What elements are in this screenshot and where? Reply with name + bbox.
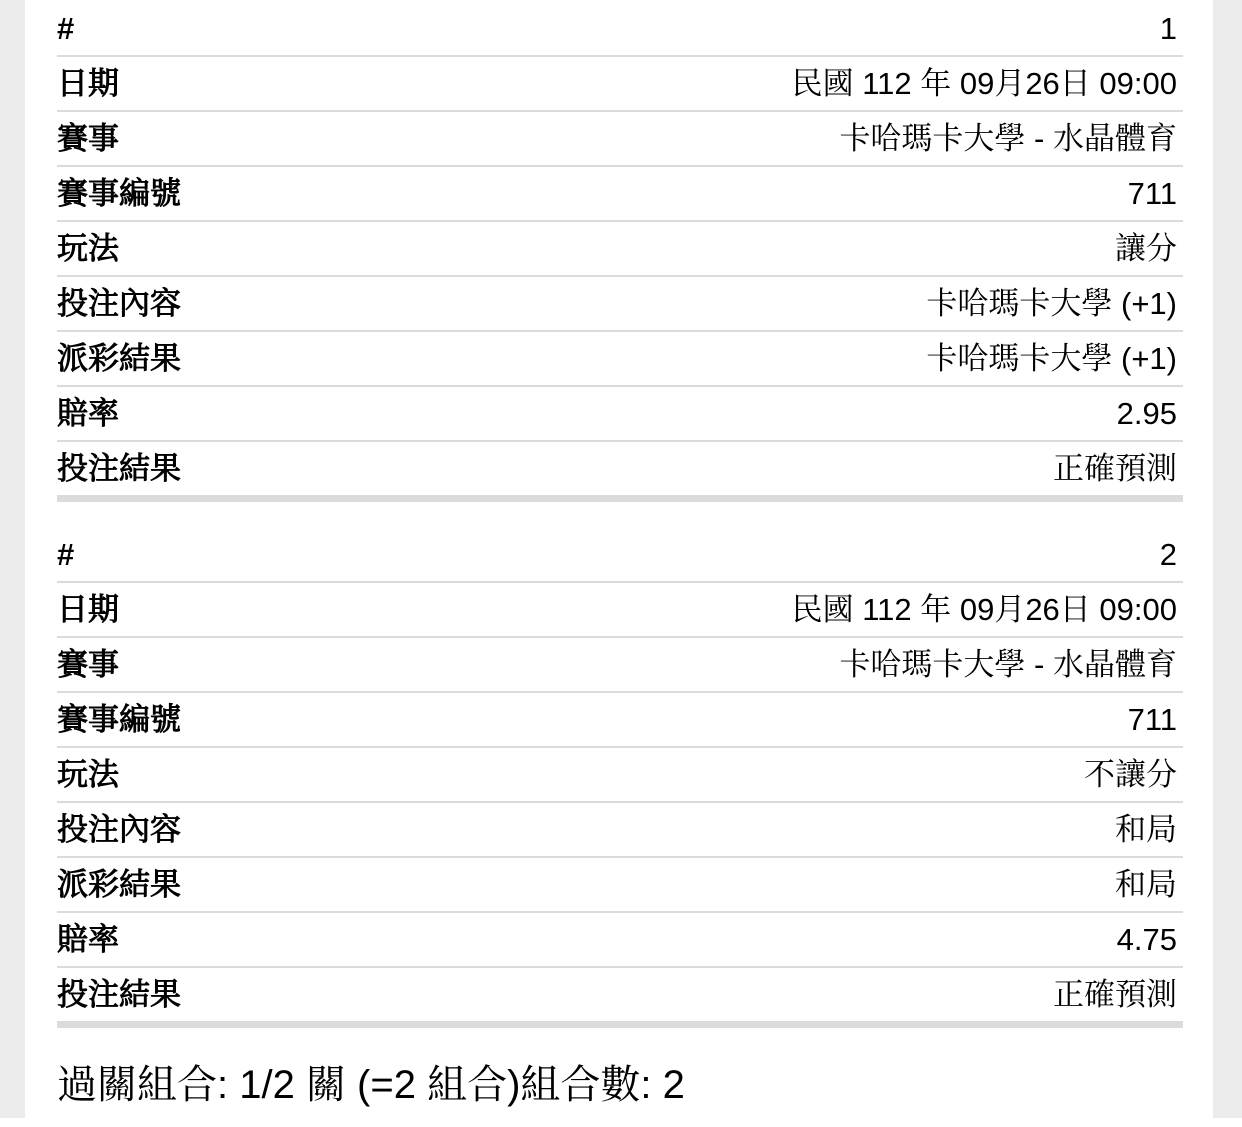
bet-records: # 1 日期 民國 112 年 09月26日 09:00 賽事 卡哈瑪卡大學 -… [57, 2, 1183, 1108]
bet-2-row-bet-content: 投注內容 和局 [57, 803, 1183, 858]
bet-result-label: 投注結果 [57, 453, 181, 484]
payout-result-value: 卡哈瑪卡大學 (+1) [926, 343, 1183, 374]
event-no-label: 賽事編號 [57, 704, 181, 735]
bet-2-row-event-no: 賽事編號 711 [57, 693, 1183, 748]
event-no-value: 711 [1128, 704, 1183, 735]
odds-label: 賠率 [57, 924, 119, 955]
bet-content-label: 投注內容 [57, 288, 181, 319]
table-gap [57, 502, 1183, 528]
bet-2-row-date: 日期 民國 112 年 09月26日 09:00 [57, 583, 1183, 638]
index-label: # [57, 13, 74, 44]
bet-1-row-bet-content: 投注內容 卡哈瑪卡大學 (+1) [57, 277, 1183, 332]
play-type-label: 玩法 [57, 233, 119, 264]
odds-label: 賠率 [57, 398, 119, 429]
bet-result-value: 正確預測 [1053, 453, 1183, 484]
date-value: 民國 112 年 09月26日 09:00 [792, 68, 1183, 99]
payout-result-value: 和局 [1115, 869, 1183, 900]
bet-1-row-odds: 賠率 2.95 [57, 387, 1183, 442]
bet-2-table: # 2 日期 民國 112 年 09月26日 09:00 賽事 卡哈瑪卡大學 -… [57, 528, 1183, 1028]
date-label: 日期 [57, 68, 119, 99]
play-type-value: 讓分 [1115, 233, 1183, 264]
bet-1-row-index: # 1 [57, 2, 1183, 57]
event-value: 卡哈瑪卡大學 - 水晶體育 [839, 649, 1183, 680]
event-no-value: 711 [1128, 178, 1183, 209]
bet-1-row-event: 賽事 卡哈瑪卡大學 - 水晶體育 [57, 112, 1183, 167]
bet-content-value: 卡哈瑪卡大學 (+1) [926, 288, 1183, 319]
index-label: # [57, 539, 74, 570]
event-label: 賽事 [57, 649, 119, 680]
odds-value: 4.75 [1117, 924, 1183, 955]
bet-2-row-index: # 2 [57, 528, 1183, 583]
bet-2-row-odds: 賠率 4.75 [57, 913, 1183, 968]
index-value: 2 [1160, 539, 1183, 570]
date-label: 日期 [57, 594, 119, 625]
event-no-label: 賽事編號 [57, 178, 181, 209]
event-value: 卡哈瑪卡大學 - 水晶體育 [839, 123, 1183, 154]
play-type-label: 玩法 [57, 759, 119, 790]
parlay-summary: 過關組合: 1/2 關 (=2 組合)組合數: 2 [57, 1062, 1183, 1108]
bet-1-row-play-type: 玩法 讓分 [57, 222, 1183, 277]
bet-2-row-play-type: 玩法 不讓分 [57, 748, 1183, 803]
event-label: 賽事 [57, 123, 119, 154]
odds-value: 2.95 [1117, 398, 1183, 429]
play-type-value: 不讓分 [1084, 759, 1183, 790]
payout-result-label: 派彩結果 [57, 869, 181, 900]
bet-2-row-payout-result: 派彩結果 和局 [57, 858, 1183, 913]
bet-1-row-bet-result: 投注結果 正確預測 [57, 442, 1183, 502]
bet-content-label: 投注內容 [57, 814, 181, 845]
bet-2-row-event: 賽事 卡哈瑪卡大學 - 水晶體育 [57, 638, 1183, 693]
bet-result-value: 正確預測 [1053, 979, 1183, 1010]
payout-result-label: 派彩結果 [57, 343, 181, 374]
bet-1-row-event-no: 賽事編號 711 [57, 167, 1183, 222]
bet-1-row-date: 日期 民國 112 年 09月26日 09:00 [57, 57, 1183, 112]
bet-content-value: 和局 [1115, 814, 1183, 845]
bet-1-table: # 1 日期 民國 112 年 09月26日 09:00 賽事 卡哈瑪卡大學 -… [57, 2, 1183, 502]
left-edge-background [0, 0, 25, 1118]
right-edge-background [1213, 0, 1242, 1118]
bet-1-row-payout-result: 派彩結果 卡哈瑪卡大學 (+1) [57, 332, 1183, 387]
bet-result-label: 投注結果 [57, 979, 181, 1010]
date-value: 民國 112 年 09月26日 09:00 [792, 594, 1183, 625]
index-value: 1 [1160, 13, 1183, 44]
bet-2-row-bet-result: 投注結果 正確預測 [57, 968, 1183, 1028]
